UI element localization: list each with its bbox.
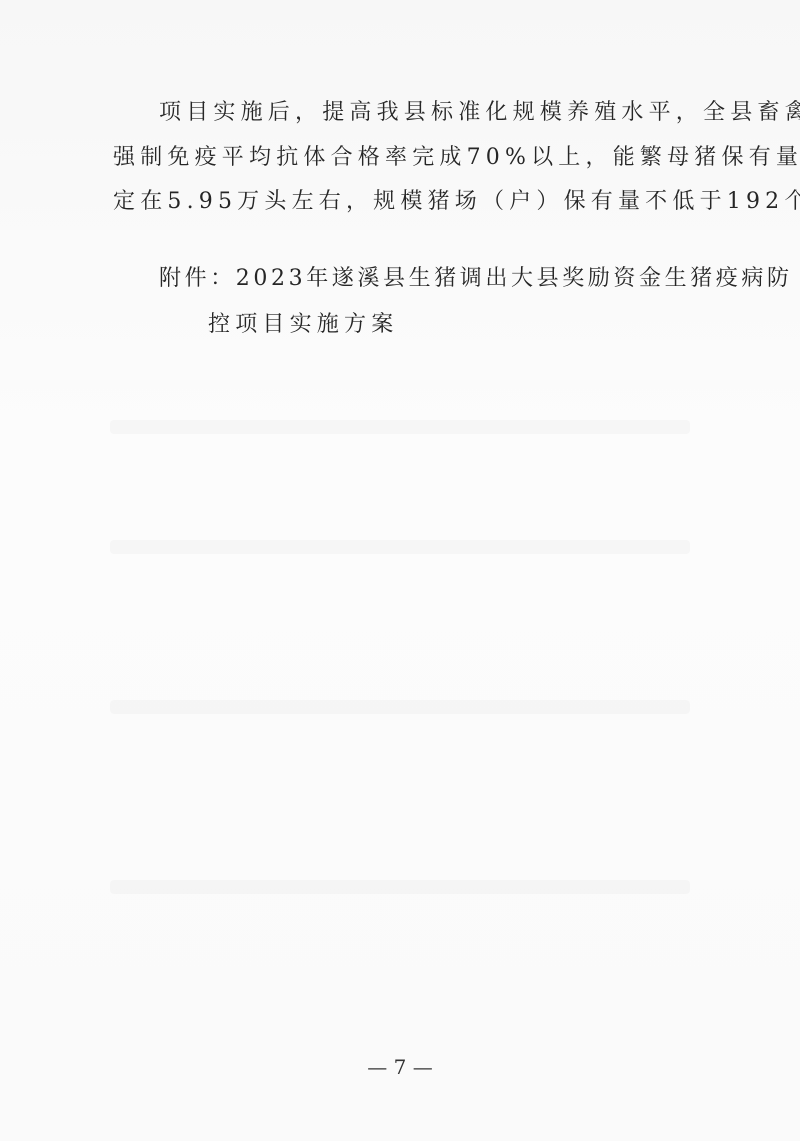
paragraph-line-2: 强制免疫平均抗体合格率完成70%以上，能繁母猪保有量稳 (113, 143, 800, 173)
attachment-line-2: 控项目实施方案 (208, 310, 398, 340)
page-number: — 7 — (0, 1055, 800, 1079)
bleed-through-shadow (110, 880, 690, 894)
attachment-line-1: 附件：2023年遂溪县生猪调出大县奖励资金生猪疫病防 (159, 264, 793, 294)
document-page: 项目实施后，提高我县标准化规模养殖水平，全县畜禽 强制免疫平均抗体合格率完成70… (0, 0, 800, 1141)
paragraph-line-3: 定在5.95万头左右，规模猪场（户）保有量不低于192个。 (113, 187, 800, 217)
paragraph-line-1: 项目实施后，提高我县标准化规模养殖水平，全县畜禽 (159, 98, 800, 128)
bleed-through-shadow (110, 420, 690, 434)
bleed-through-shadow (110, 540, 690, 554)
bleed-through-shadow (110, 700, 690, 714)
